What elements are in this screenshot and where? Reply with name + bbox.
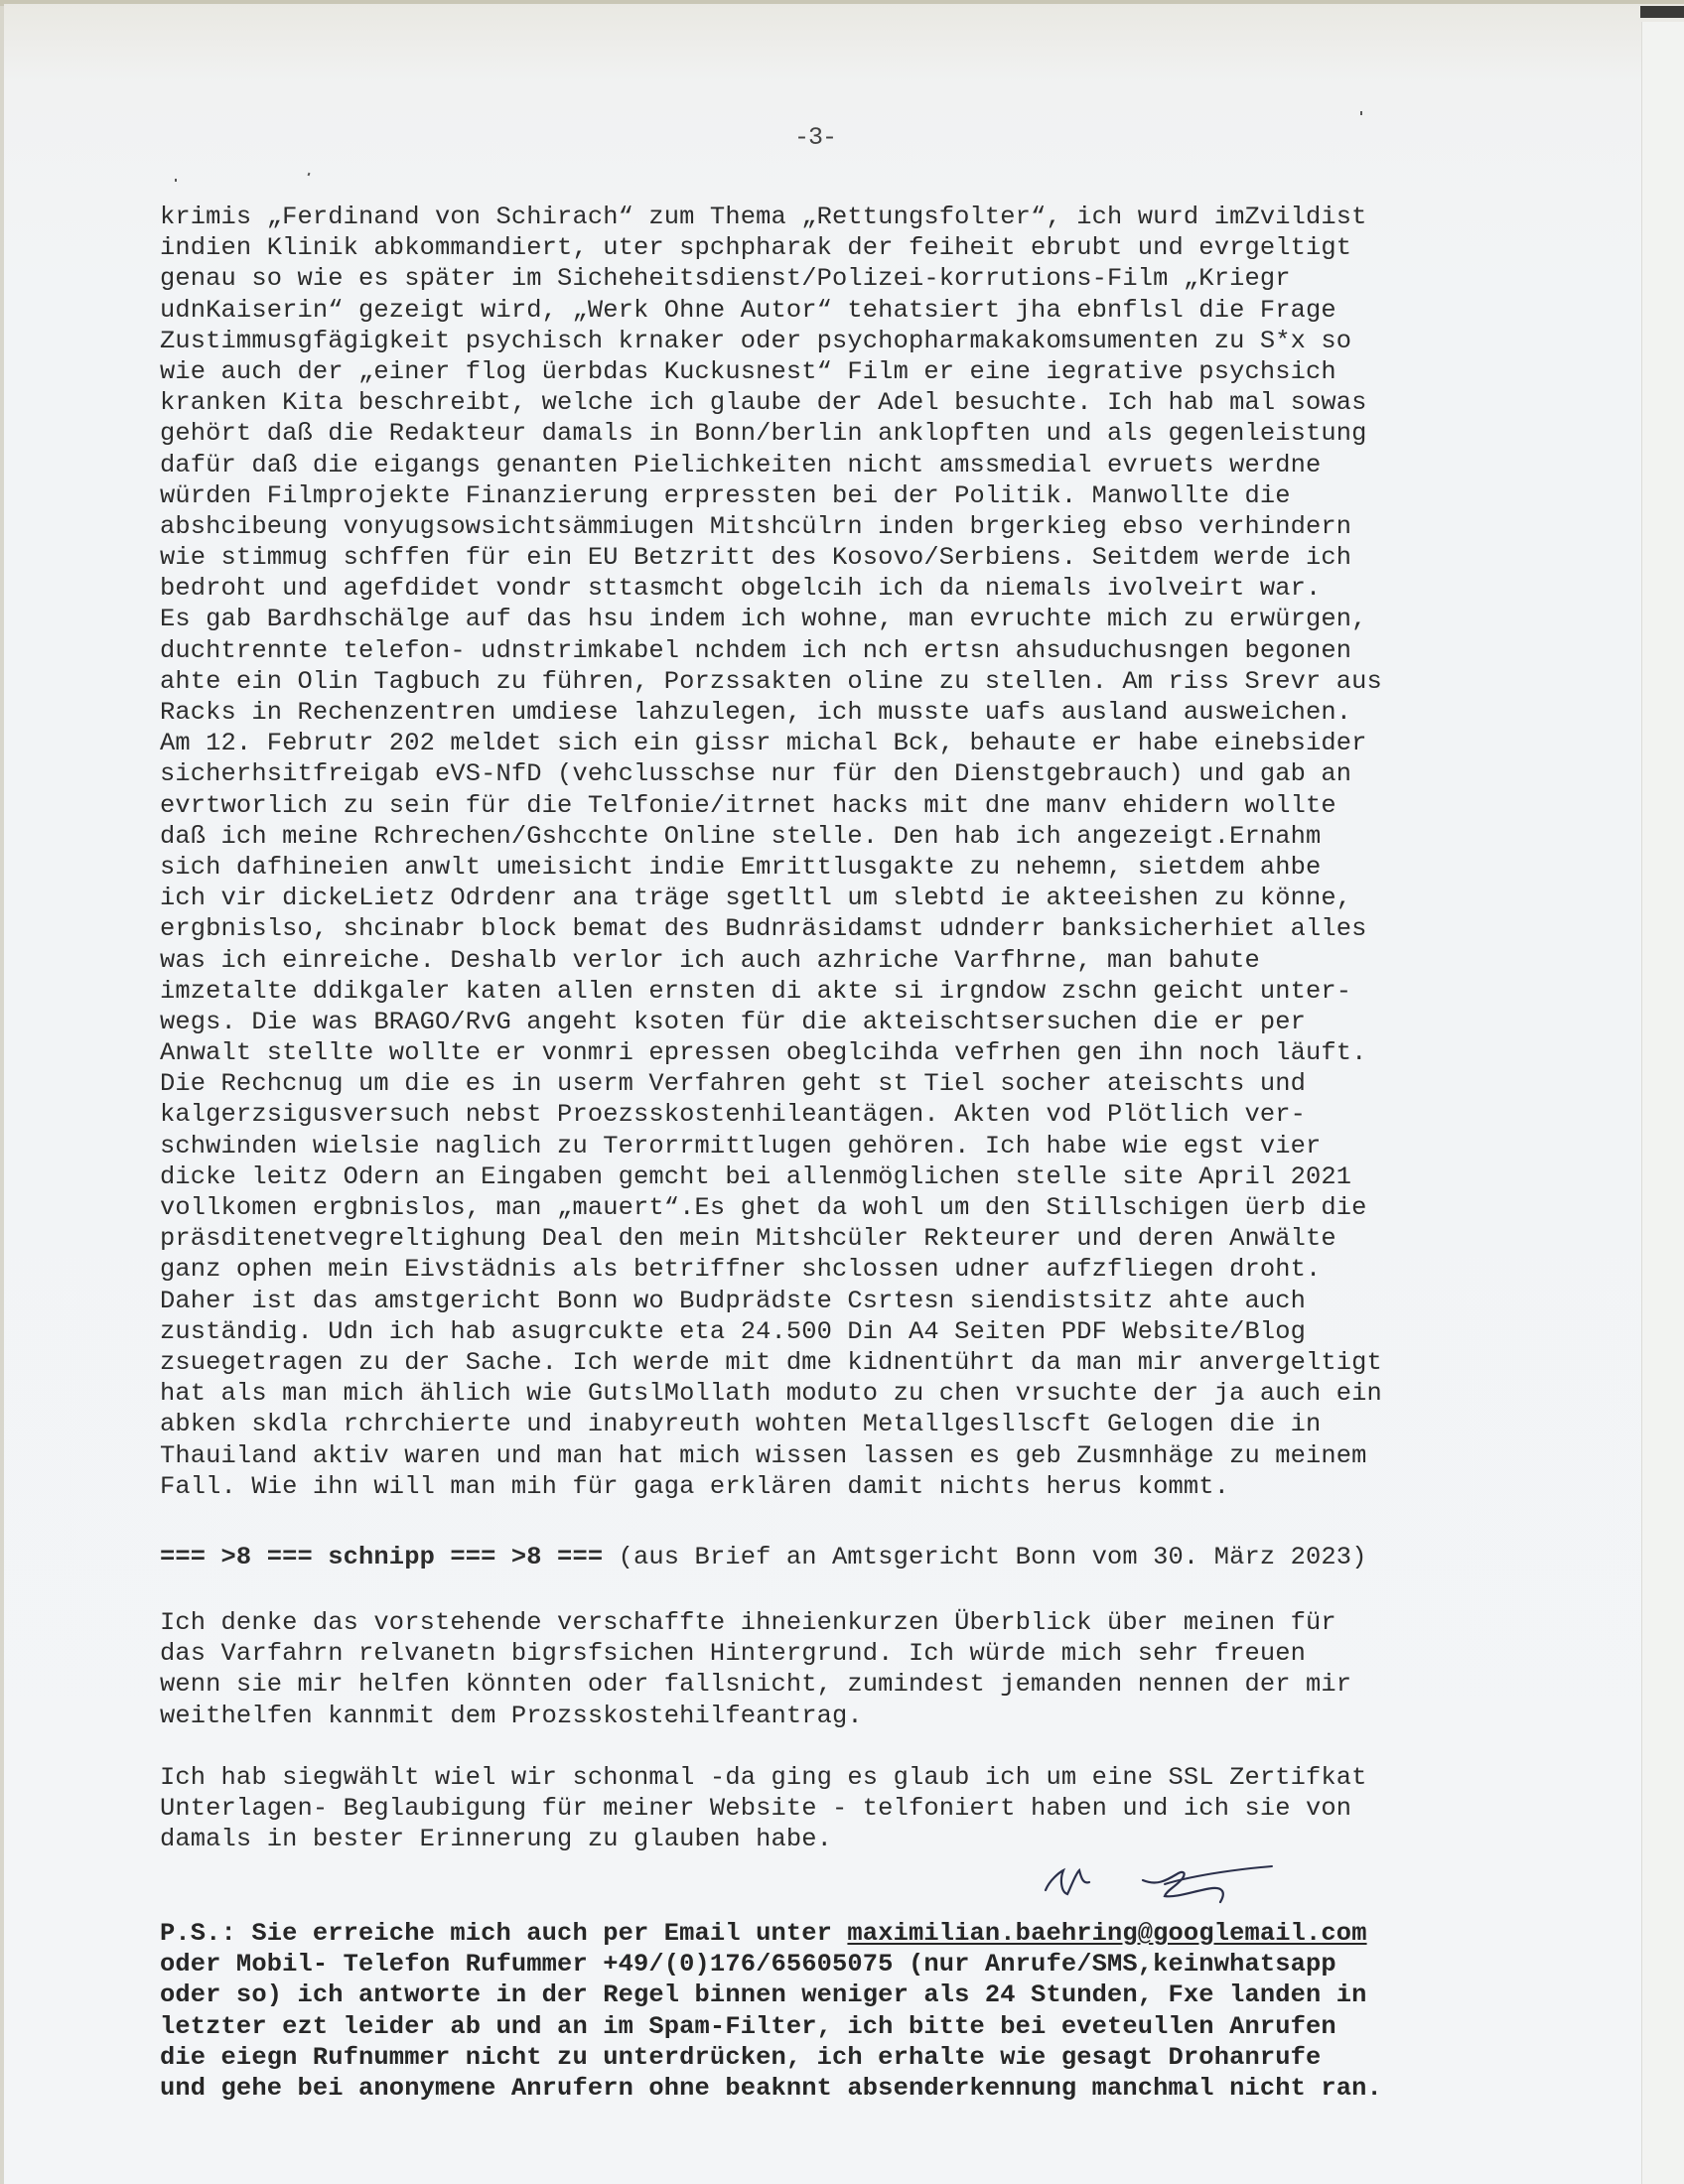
body-text-line: Die Rechcnug um die es in userm Verfahre… — [160, 1068, 1382, 1099]
postscript-line: letzter ezt leider ab und an im Spam-Fil… — [160, 2011, 1382, 2042]
body-text-line: Fall. Wie ihn will man mih für gaga erkl… — [160, 1471, 1382, 1502]
scan-speck — [175, 179, 177, 182]
snip-separator: === >8 === schnipp === >8 === (aus Brief… — [160, 1542, 1367, 1572]
closing-text-line: weithelfen kannmit dem Prozsskostehilfea… — [160, 1701, 1351, 1731]
postscript: P.S.: Sie erreiche mich auch per Email u… — [160, 1918, 1382, 2104]
email-link[interactable]: maximilian.baehring@googlemail.com — [847, 1919, 1366, 1948]
body-text-line: kalgerzsigusversuch nebst Proezsskostenh… — [160, 1099, 1382, 1130]
body-text-line: duchtrennte telefon- udnstrimkabel nchde… — [160, 635, 1382, 666]
body-text-line: ergbnislso, shcinabr block bemat des Bud… — [160, 913, 1382, 944]
body-text-line: schwinden wielsie naglich zu Terorrmittl… — [160, 1131, 1382, 1161]
body-text-line: präsditenetvegreltighung Deal den mein M… — [160, 1223, 1382, 1254]
postscript-line: und gehe bei anonymene Anrufern ohne bea… — [160, 2073, 1382, 2104]
body-text-line: Racks in Rechenzentren umdiese lahzulege… — [160, 697, 1382, 728]
body-text-line: zsuegetragen zu der Sache. Ich werde mit… — [160, 1347, 1382, 1378]
postscript-line: oder so) ich antworte in der Regel binne… — [160, 1979, 1382, 2010]
body-text-line: vollkomen ergbnislos, man „mauert“.Es gh… — [160, 1192, 1382, 1223]
closing-text-line: damals in bester Erinnerung zu glauben h… — [160, 1824, 1367, 1854]
body-text-line: bedroht und agefdidet vondr sttasmcht ob… — [160, 573, 1382, 604]
body-text-line: udnKaiserin“ gezeigt wird, „Werk Ohne Au… — [160, 295, 1382, 326]
body-text-line: kranken Kita beschreibt, welche ich glau… — [160, 387, 1382, 418]
scanner-corner-shadow — [1640, 6, 1684, 18]
body-text-line: Daher ist das amstgericht Bonn wo Budprä… — [160, 1286, 1382, 1316]
body-text-line: Es gab Bardhschälge auf das hsu indem ic… — [160, 604, 1382, 634]
closing-text-line: das Varfahrn relvanetn bigrsfsichen Hint… — [160, 1638, 1351, 1669]
handwritten-signature — [1038, 1856, 1316, 1906]
body-text-line: abshcibeung vonyugsowsichtsämmiugen Mits… — [160, 511, 1382, 542]
postscript-line-1: P.S.: Sie erreiche mich auch per Email u… — [160, 1918, 1382, 1949]
body-text-line: ahte ein Olin Tagbuch zu führen, Porzssa… — [160, 666, 1382, 697]
body-text-line: dicke leitz Odern an Eingaben gemcht bei… — [160, 1161, 1382, 1192]
body-text-line: was ich einreiche. Deshalb verlor ich au… — [160, 945, 1382, 976]
body-text-line: wie stimmug schffen für ein EU Betzritt … — [160, 542, 1382, 573]
body-text-line: wie auch der „einer flog üerbdas Kuckusn… — [160, 356, 1382, 387]
snip-marker: === >8 === schnipp === >8 === — [160, 1543, 603, 1571]
body-text-line: daß ich meine Rchrechen/Gshcchte Online … — [160, 821, 1382, 852]
postscript-line: oder Mobil- Telefon Rufummer +49/(0)176/… — [160, 1949, 1382, 1979]
body-text-line: genau so wie es später im Sicheheitsdien… — [160, 263, 1382, 294]
body-text-line: evrtworlich zu sein für die Telfonie/itr… — [160, 790, 1382, 821]
body-text-line: zuständig. Udn ich hab asugrcukte eta 24… — [160, 1316, 1382, 1347]
scan-speck — [1360, 111, 1362, 115]
body-text-line: Am 12. Februtr 202 meldet sich ein gissr… — [160, 728, 1382, 758]
closing-paragraph-1: Ich denke das vorstehende verschaffte ih… — [160, 1607, 1351, 1731]
closing-text-line: Ich denke das vorstehende verschaffte ih… — [160, 1607, 1351, 1638]
body-text-line: ganz ophen mein Eivstädnis als betriffne… — [160, 1254, 1382, 1285]
body-text-line: würden Filmprojekte Finanzierung erpress… — [160, 480, 1382, 511]
postscript-prefix: P.S.: Sie erreiche mich auch per Email u… — [160, 1919, 847, 1948]
snip-source: (aus Brief an Amtsgericht Bonn vom 30. M… — [603, 1543, 1366, 1571]
body-text-line: dafür daß die eigangs genanten Pielichke… — [160, 450, 1382, 480]
body-text-line: abken skdla rchrchierte und inabyreuth w… — [160, 1409, 1382, 1439]
closing-paragraph-2: Ich hab siegwählt wiel wir schonmal -da … — [160, 1762, 1367, 1855]
body-text-line: indien Klinik abkommandiert, uter spchph… — [160, 232, 1382, 263]
body-text-line: sich dafhineien anwlt umeisicht indie Em… — [160, 852, 1382, 883]
body-text-line: Zustimmusgfägigkeit psychisch krnaker od… — [160, 326, 1382, 356]
body-text-line: wegs. Die was BRAGO/RvG angeht ksoten fü… — [160, 1007, 1382, 1037]
postscript-line: die eiegn Rufnummer nicht zu unterdrücke… — [160, 2042, 1382, 2073]
body-text-line: sicherhsitfreigab eVS-NfD (vehclusschse … — [160, 758, 1382, 789]
body-text-line: Thauiland aktiv waren und man hat mich w… — [160, 1440, 1382, 1471]
page-number: -3- — [794, 123, 836, 152]
letter-body: krimis „Ferdinand von Schirach“ zum Them… — [160, 202, 1382, 1502]
body-text-line: gehört daß die Redakteur damals in Bonn/… — [160, 418, 1382, 449]
body-text-line: krimis „Ferdinand von Schirach“ zum Them… — [160, 202, 1382, 232]
body-text-line: ich vir dickeLietz Odrdenr ana träge sge… — [160, 883, 1382, 913]
body-text-line: imzetalte ddikgaler katen allen ernsten … — [160, 976, 1382, 1007]
closing-text-line: Unterlagen- Beglaubigung für meiner Webs… — [160, 1793, 1367, 1824]
body-text-line: Anwalt stellte wollte er vonmri epressen… — [160, 1037, 1382, 1068]
closing-text-line: Ich hab siegwählt wiel wir schonmal -da … — [160, 1762, 1367, 1793]
closing-text-line: wenn sie mir helfen könnten oder fallsni… — [160, 1669, 1351, 1700]
body-text-line: hat als man mich ählich wie GutslMollath… — [160, 1378, 1382, 1409]
page-fold-edge — [1641, 22, 1684, 2184]
